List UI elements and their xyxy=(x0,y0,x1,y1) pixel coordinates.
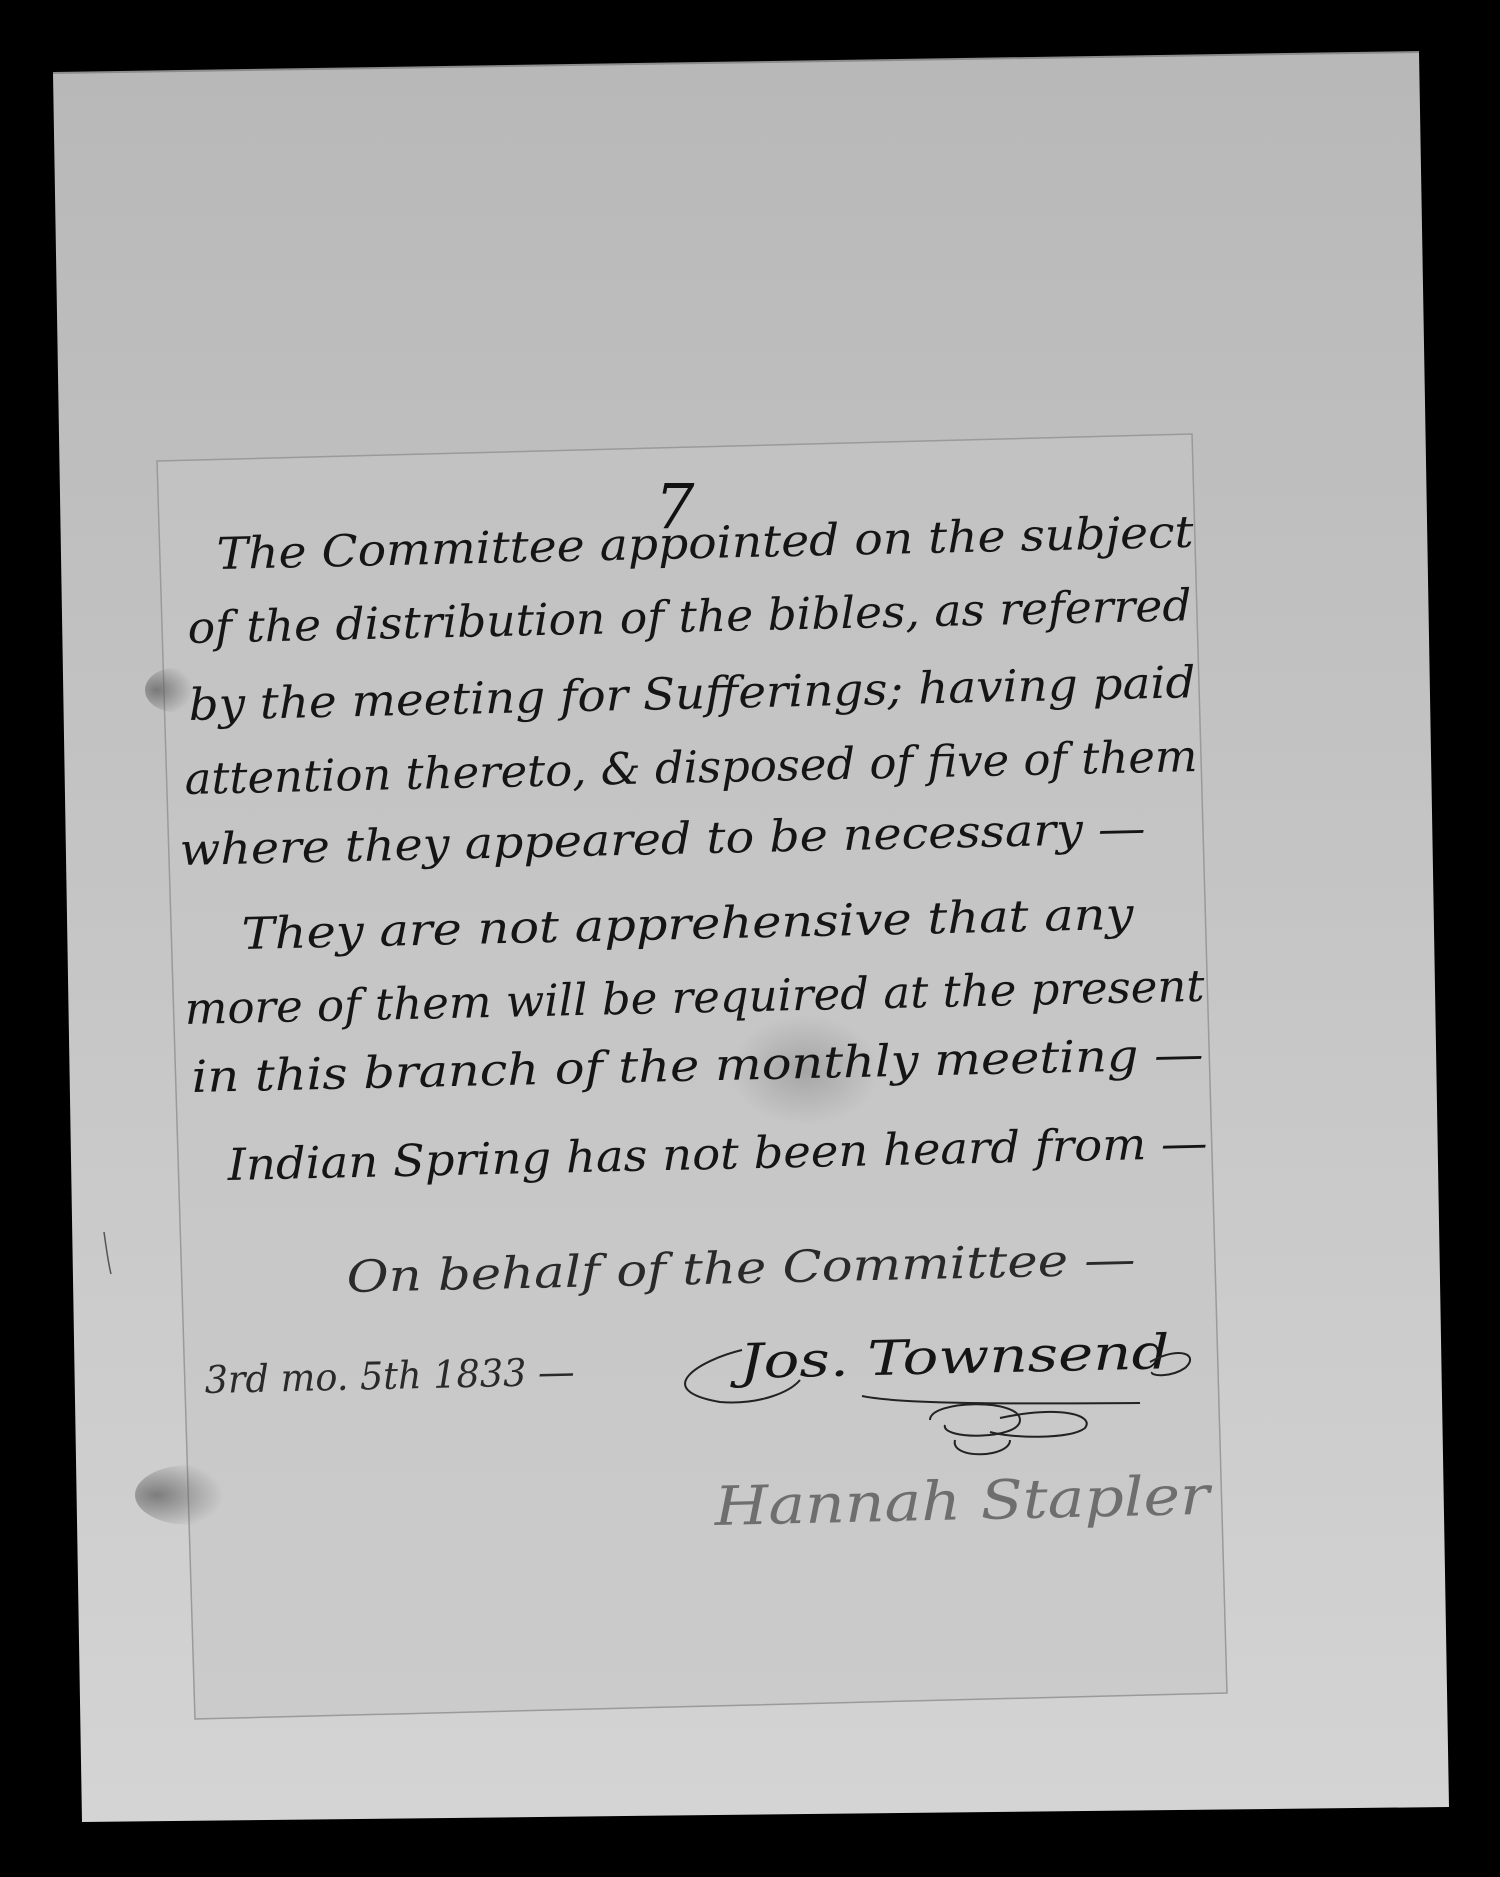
signature-stapler: Hannah Stapler xyxy=(713,1464,1214,1538)
signature-townsend: Jos. Townsend xyxy=(728,1324,1170,1390)
date-line: 3rd mo. 5th 1833 — xyxy=(204,1350,575,1402)
scanned-document-page: 7 The Committee appointed on the subject… xyxy=(0,0,1500,1877)
document-scan: 7 The Committee appointed on the subject… xyxy=(0,0,1500,1877)
edge-stain xyxy=(135,1465,245,1525)
